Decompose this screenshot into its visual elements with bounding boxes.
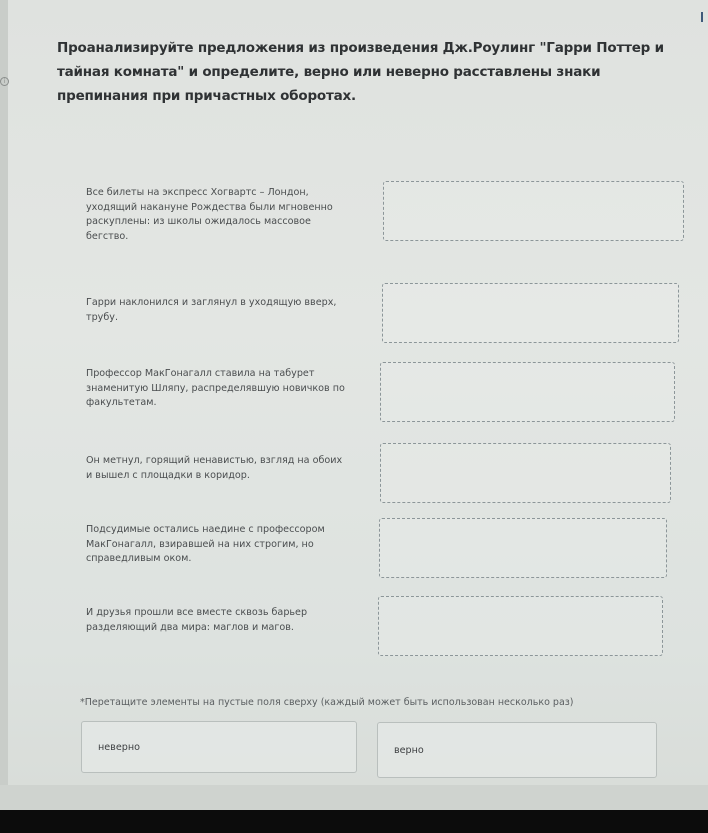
sentence-6: И друзья прошли все вместе сквозь барьер… (86, 606, 351, 635)
question-text: Проанализируйте предложения из произведе… (57, 36, 677, 108)
option-incorrect-label: неверно (98, 742, 140, 753)
left-sidebar-edge (0, 0, 8, 785)
option-incorrect[interactable]: неверно (81, 721, 357, 773)
page-footer-band (0, 785, 708, 810)
info-icon[interactable]: i (0, 77, 9, 86)
drop-zone-3[interactable] (380, 362, 675, 422)
monitor-bezel (0, 810, 708, 833)
drop-zone-1[interactable] (383, 181, 684, 241)
option-correct-label: верно (394, 745, 424, 756)
scrollbar-marker[interactable] (701, 12, 703, 22)
option-correct[interactable]: верно (377, 722, 657, 778)
quiz-page: i Проанализируйте предложения из произве… (0, 0, 708, 810)
sentence-1: Все билеты на экспресс Хогвартс – Лондон… (86, 186, 351, 244)
sentence-2: Гарри наклонился и заглянул в уходящую в… (86, 296, 351, 325)
drop-zone-4[interactable] (380, 443, 671, 503)
sentence-5: Подсудимые остались наедине с профессоро… (86, 523, 351, 567)
drop-zone-5[interactable] (379, 518, 667, 578)
drag-hint: *Перетащите элементы на пустые поля свер… (80, 697, 680, 708)
drop-zone-2[interactable] (382, 283, 679, 343)
sentence-3: Профессор МакГонагалл ставила на табурет… (86, 367, 351, 411)
drop-zone-6[interactable] (378, 596, 663, 656)
sentence-4: Он метнул, горящий ненавистью, взгляд на… (86, 454, 351, 483)
